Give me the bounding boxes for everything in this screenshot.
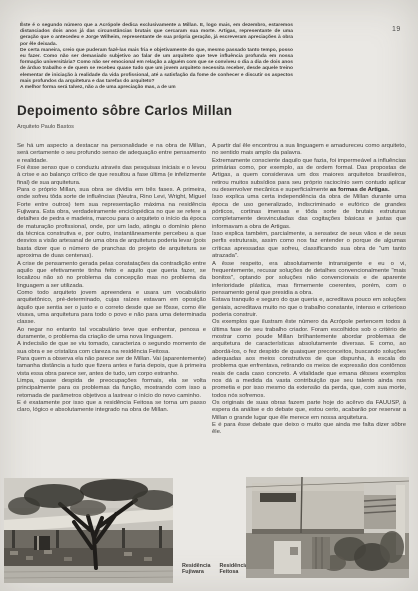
body-paragraph: A partir daí êle encontrou a sua linguag… <box>212 143 406 158</box>
page-number: 19 <box>392 26 401 33</box>
body-paragraph: Isso explica também, parcialmente, a sen… <box>212 231 406 260</box>
article-title: Depoimento sôbre Carlos Millan <box>17 103 232 118</box>
bold-phrase: as formas de Artigas. <box>330 187 390 193</box>
intro-block: Êste é o segundo número que a Acrópole d… <box>20 23 293 91</box>
fujiwara-house-illustration <box>4 478 173 583</box>
body-paragraph: Para o próprio Millan, sua obra se divid… <box>17 187 206 260</box>
body-paragraph: Extremamente consciente daquilo que fazi… <box>212 158 406 195</box>
photo-captions: Residência Fujiwara Residência Feitosa <box>182 563 244 576</box>
residencia-fujiwara-photo <box>4 478 173 583</box>
article-author: Arquiteto Paulo Bastos <box>17 124 74 130</box>
caption-feitosa: Residência Feitosa <box>219 563 247 576</box>
body-paragraph: A êsse respeito, era absolutamente intra… <box>212 261 406 298</box>
caption-line: Fujiwara <box>182 569 210 575</box>
body-paragraph: Foi êsse senso que o conduziu através da… <box>17 165 206 187</box>
body-paragraph: Ao negar no entanto tal vocabulário teve… <box>17 327 206 342</box>
caption-fujiwara: Residência Fujiwara <box>182 563 210 576</box>
body-paragraph: Para quem a observa ela não parece ser d… <box>17 356 206 378</box>
body-paragraph: A crise de pensamento gerada pelas const… <box>17 261 206 290</box>
caption-line: Feitosa <box>219 569 247 575</box>
body-paragraph: Isso explica uma certa independência da … <box>212 194 406 231</box>
feitosa-house-illustration <box>246 477 409 578</box>
residencia-feitosa-photo <box>246 477 409 578</box>
left-column: Se há um aspecto a destacar na personali… <box>17 143 206 415</box>
body-paragraph: Como todo arquiteto jovem apreendera e u… <box>17 290 206 327</box>
body-paragraph: Se há um aspecto a destacar na personali… <box>17 143 206 165</box>
body-paragraph: Os exemplos que ilustram êste número da … <box>212 319 406 400</box>
intro-paragraph: Êste é o segundo número que a Acrópole d… <box>20 23 293 48</box>
right-column: A partir daí êle encontrou a sua linguag… <box>212 143 406 437</box>
body-paragraph: Estava tranquilo e seguro do que queria … <box>212 297 406 319</box>
intro-paragraph: De certa maneira, creio que puderam fazê… <box>20 48 293 85</box>
body-paragraph: E é para êsse debate que deixo o muito q… <box>212 422 406 437</box>
intro-paragraph: A melhor forma será talvez, não a de uma… <box>20 85 293 91</box>
body-paragraph: Limpa, quase despida de preocupações for… <box>17 378 206 400</box>
body-paragraph: A indecisão de que se viu tomado, caract… <box>17 341 206 356</box>
magazine-page: 19 Êste é o segundo número que a Acrópol… <box>0 0 418 591</box>
body-paragraph: E é exatamente por isso que a residência… <box>17 400 206 415</box>
body-paragraph: Os originais de suas obras fazem parte h… <box>212 400 406 422</box>
